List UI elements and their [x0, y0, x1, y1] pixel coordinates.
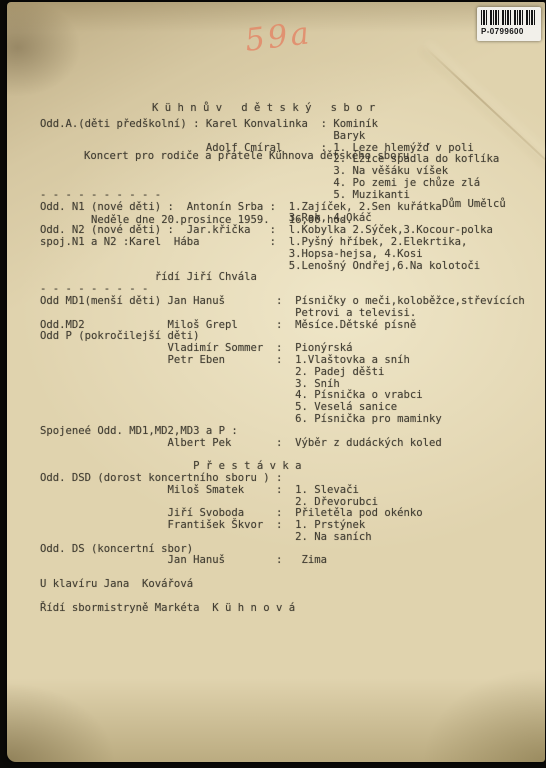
program-line: Řídí sbormistryně Markéta K ü h n o v á — [40, 603, 546, 615]
program-line: Spojeneé Odd. MD1,MD2,MD3 a P : — [40, 426, 546, 438]
program-line: 2. Padej děšti — [40, 367, 546, 379]
program-line: Petr Eben : 1.Vlaštovka a sníh — [40, 355, 546, 367]
program-line: Baryk — [40, 131, 546, 143]
barcode-icon — [481, 10, 537, 25]
handwritten-page-number: 59a — [243, 16, 314, 58]
program-line: 3.Hopsa-hejsa, 4.Kosi — [40, 249, 546, 261]
archive-barcode-label: P-0799600 — [477, 7, 541, 41]
paper-sheet: P-0799600 59a K ü h n ů v d ě t s k ý s … — [7, 2, 545, 762]
program-line: U klavíru Jana Kovářová — [40, 579, 546, 591]
program-line: Miloš Smatek : 1. Slevači — [40, 485, 546, 497]
program-line: 6. Písnička pro maminky — [40, 414, 546, 426]
program-text: Odd.A.(děti předškolní) : Karel Konvalin… — [40, 119, 546, 614]
choir-title: K ü h n ů v d ě t s k ý s b o r — [40, 100, 540, 116]
program-line — [40, 591, 546, 603]
program-line: Odd MD1(menší děti) Jan Hanuš : Písničky… — [40, 296, 546, 308]
program-line: Petrovi a televisi. — [40, 308, 546, 320]
program-line: 2. Na saních — [40, 532, 546, 544]
program-line: Odd. DSD (dorost koncertního sboru ) : — [40, 473, 546, 485]
program-line: Albert Pek : Výběr z dudáckých koled — [40, 438, 546, 450]
program-line: 4. Po zemi je chůze zlá — [40, 178, 546, 190]
program-line: spoj.N1 a N2 :Karel Hába : l.Pyšný hříbe… — [40, 237, 546, 249]
program-line: - - - - - - - - - - 5. Muzikanti — [40, 190, 546, 202]
archive-code: P-0799600 — [481, 27, 537, 37]
page-root: P-0799600 59a K ü h n ů v d ě t s k ý s … — [0, 0, 546, 768]
program-line: Jan Hanuš : Zima — [40, 555, 546, 567]
